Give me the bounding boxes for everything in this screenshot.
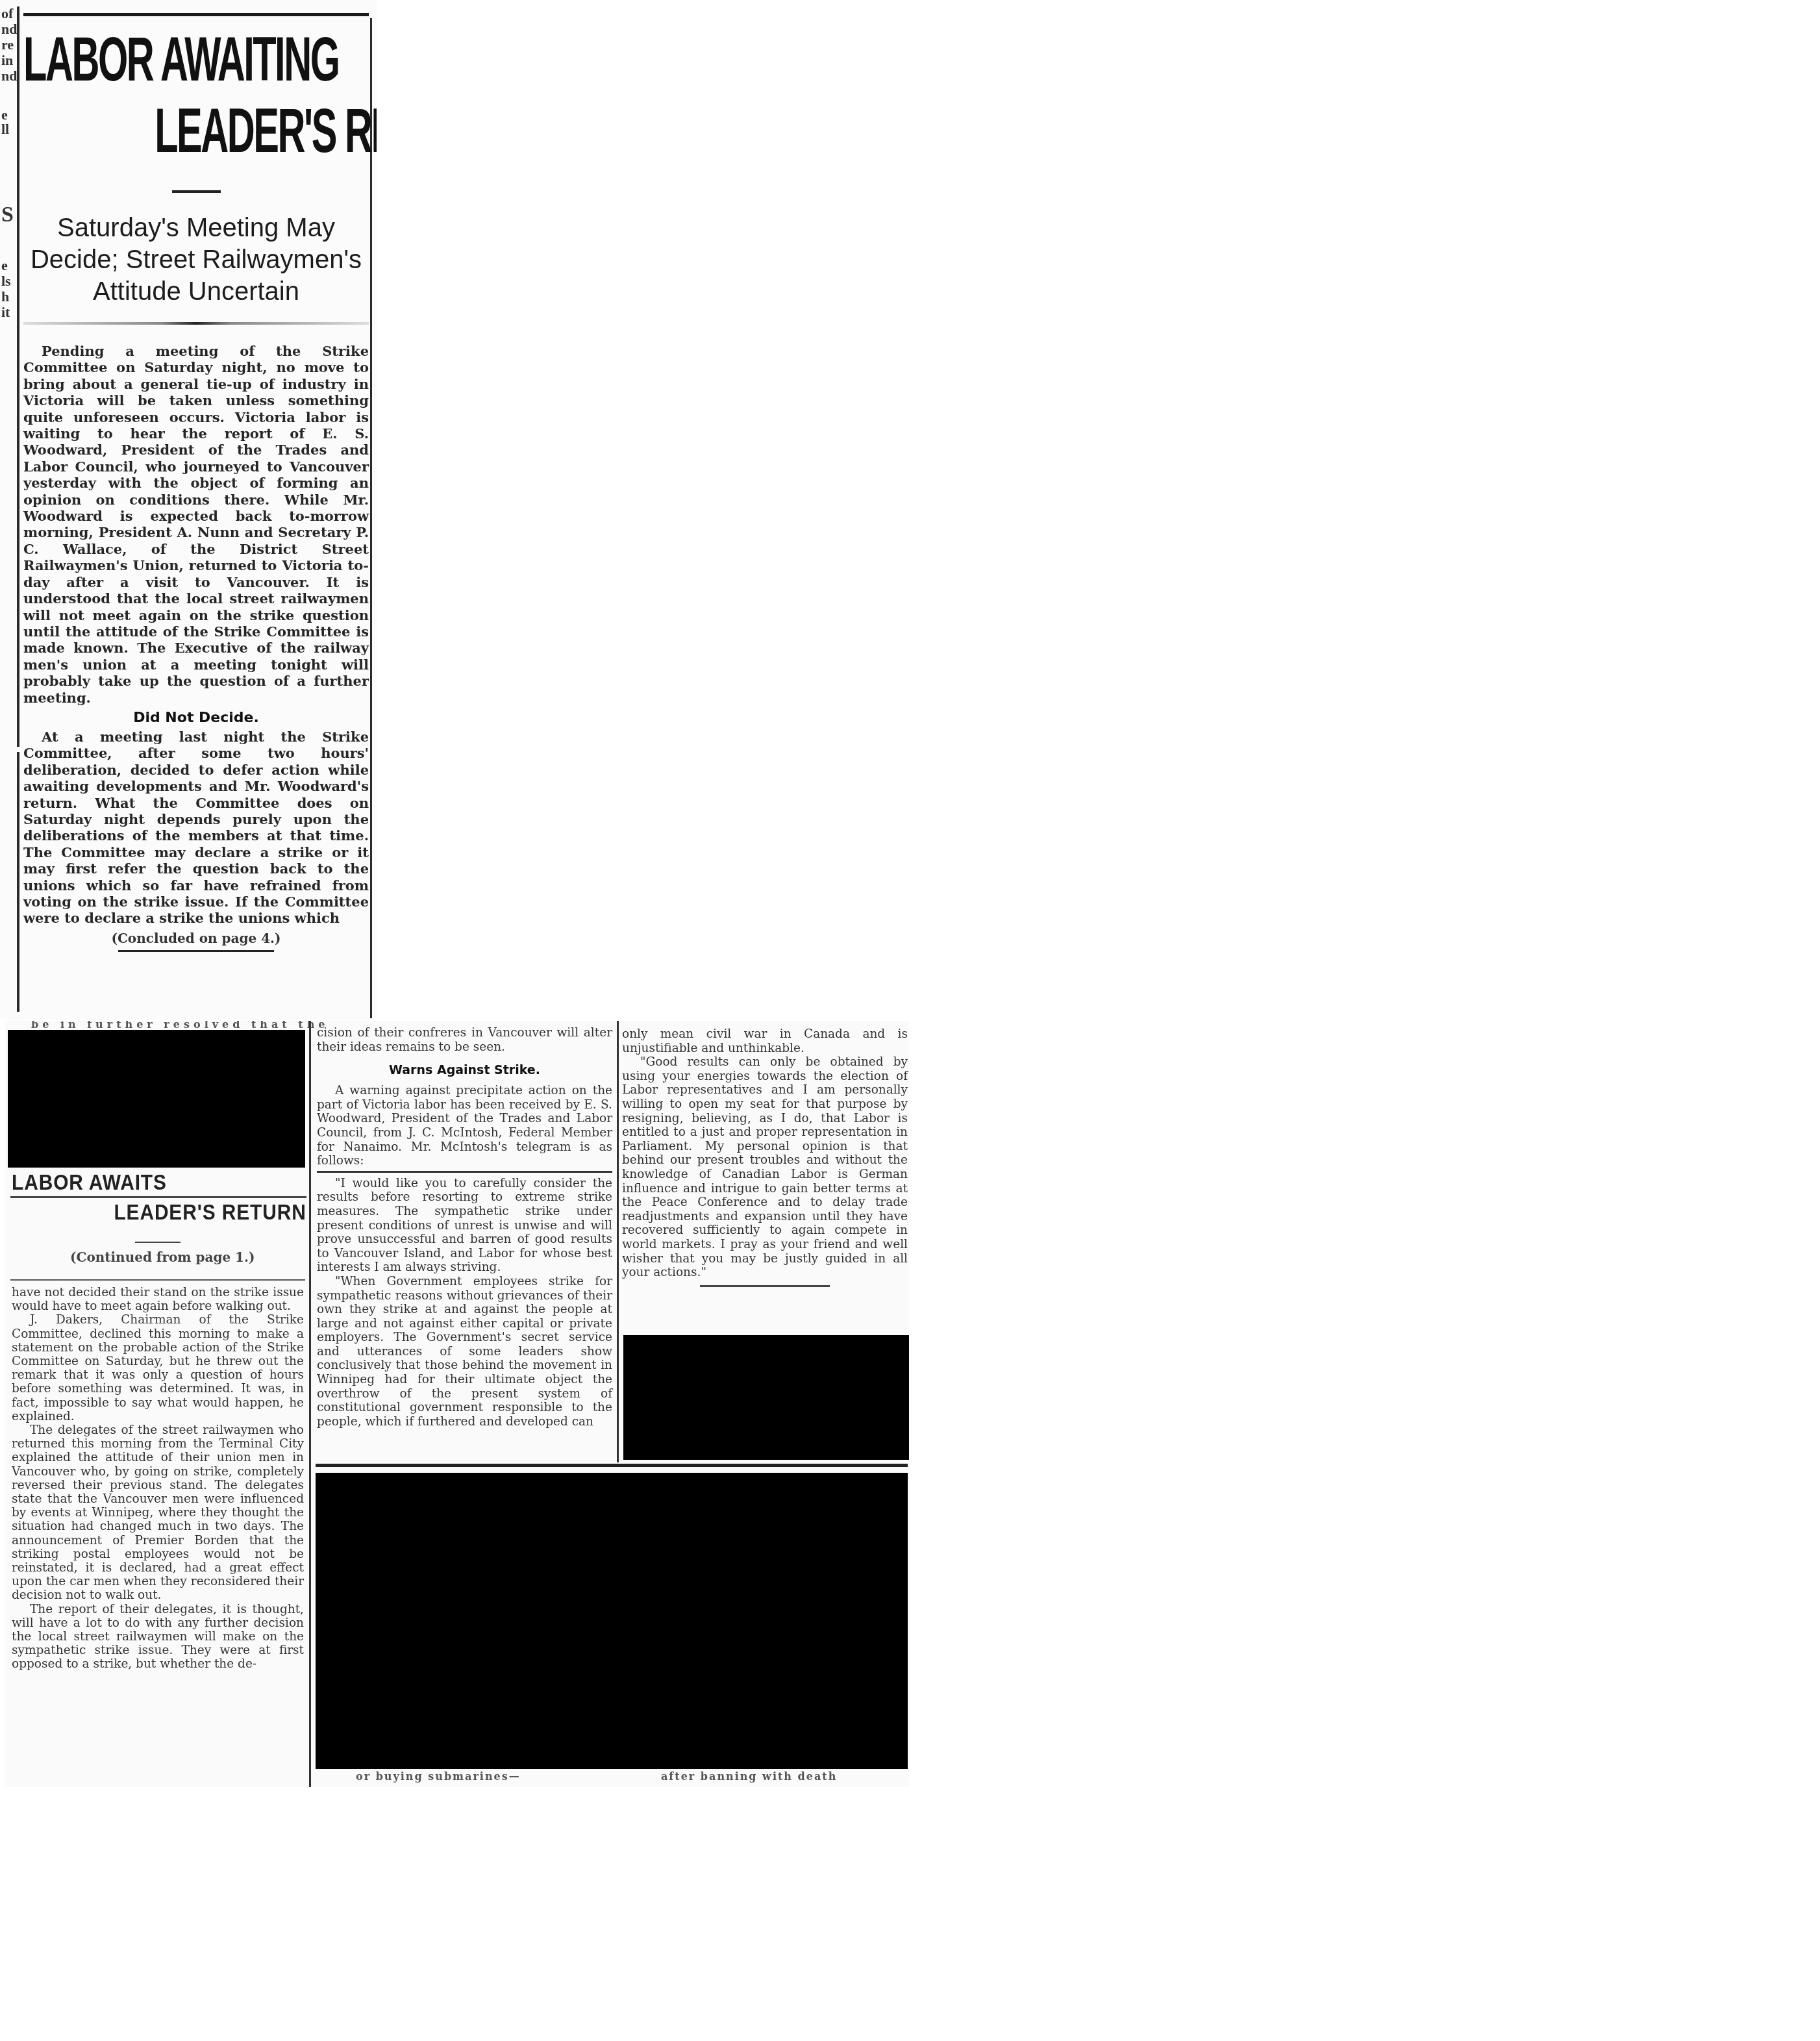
edge-fragment: of bbox=[1, 6, 13, 21]
front-page-clipping: of nd re in nd e ll S e ls h it LABOR AW… bbox=[0, 0, 377, 1020]
front-article: LABOR AWAITING LEADER'S RETURN Saturday'… bbox=[23, 6, 369, 952]
redaction-bottom-wide bbox=[316, 1473, 908, 1769]
column-rule bbox=[17, 6, 19, 747]
edge-fragment: nd bbox=[1, 69, 17, 83]
quote-paragraph: "I would like you to carefully consider … bbox=[317, 1177, 612, 1275]
headline-divider bbox=[172, 190, 221, 193]
article-paragraph: J. Dakers, Chairman of the Strike Commit… bbox=[12, 1313, 304, 1423]
continuation-headline-line-1: LABOR AWAITS bbox=[12, 1170, 167, 1196]
cut-off-bottom-line-right: after banning with death bbox=[661, 1770, 837, 1783]
article-end-rule bbox=[700, 1285, 830, 1287]
continuation-column-3: only mean civil war in Canada and is unj… bbox=[622, 1027, 908, 1287]
headline-line-1: LABOR AWAITING bbox=[23, 24, 238, 95]
quote-paragraph: only mean civil war in Canada and is unj… bbox=[622, 1027, 908, 1055]
continuation-column-2: cision of their confreres in Vancouver w… bbox=[317, 1026, 612, 1429]
article-body-continued: At a meeting last night the Strike Commi… bbox=[23, 729, 369, 927]
column-rule bbox=[17, 752, 19, 1012]
subhead-warns-against-strike: Warns Against Strike. bbox=[317, 1063, 612, 1077]
jump-line: (Concluded on page 4.) bbox=[23, 931, 369, 946]
cut-off-top-line: be in further resolved that the bbox=[31, 1021, 329, 1031]
headline-line-2: LEADER'S RETURN bbox=[155, 95, 369, 173]
article-paragraph: At a meeting last night the Strike Commi… bbox=[23, 729, 369, 927]
column-2-body: cision of their confreres in Vancouver w… bbox=[317, 1026, 612, 1054]
column-3-body: only mean civil war in Canada and is unj… bbox=[622, 1027, 908, 1280]
deck-divider bbox=[23, 322, 369, 325]
continued-from-rule bbox=[10, 1279, 305, 1281]
article-paragraph: cision of their confreres in Vancouver w… bbox=[317, 1026, 612, 1054]
edge-fragment: ls bbox=[1, 274, 11, 288]
redaction-left-top bbox=[8, 1030, 305, 1168]
column-rule bbox=[617, 1021, 619, 1462]
edge-fragment: ll bbox=[1, 122, 9, 136]
redaction-right-mid bbox=[623, 1335, 909, 1460]
article-paragraph: The report of their delegates, it is tho… bbox=[12, 1603, 304, 1672]
cut-off-bottom-line-left: or buying submarines— bbox=[356, 1770, 521, 1783]
subhead-did-not-decide: Did Not Decide. bbox=[23, 710, 369, 726]
continuation-headline-line-2: LEADER'S RETURN bbox=[114, 1200, 306, 1225]
article-paragraph: have not decided their stand on the stri… bbox=[12, 1286, 304, 1313]
quote-divider bbox=[317, 1171, 612, 1173]
edge-fragment: it bbox=[1, 305, 10, 319]
edge-fragment: re bbox=[1, 38, 14, 52]
continuation-column-1: have not decided their stand on the stri… bbox=[12, 1286, 304, 1672]
edge-fragment: e bbox=[1, 258, 8, 273]
article-paragraph: A warning against precipitate action on … bbox=[317, 1084, 612, 1168]
quote-paragraph: "Good results can only be obtained by us… bbox=[622, 1055, 908, 1280]
article-deck: Saturday's Meeting May Decide; Street Ra… bbox=[23, 212, 369, 308]
article-paragraph: The delegates of the street railwaymen w… bbox=[12, 1423, 304, 1603]
continuation-clipping: be in further resolved that the LABOR AW… bbox=[5, 1021, 909, 1787]
edge-fragment: nd bbox=[1, 22, 17, 36]
edge-fragment: S bbox=[1, 204, 14, 226]
edge-fragment: in bbox=[1, 53, 13, 68]
edge-fragment: e bbox=[1, 108, 8, 122]
masthead-rule bbox=[23, 13, 369, 16]
column-2-intro: A warning against precipitate action on … bbox=[317, 1084, 612, 1168]
quote-paragraph: "When Government employees strike for sy… bbox=[317, 1275, 612, 1429]
article-body: Pending a meeting of the Strike Committe… bbox=[23, 343, 369, 706]
continuation-divider bbox=[135, 1242, 181, 1243]
section-rule bbox=[316, 1464, 908, 1467]
column-rule bbox=[309, 1021, 311, 1787]
column-rule-right bbox=[370, 18, 372, 1018]
column-1-body: have not decided their stand on the stri… bbox=[12, 1286, 304, 1672]
article-end-rule bbox=[118, 950, 274, 952]
telegram-quote: "I would like you to carefully consider … bbox=[317, 1177, 612, 1429]
article-paragraph: Pending a meeting of the Strike Committe… bbox=[23, 343, 369, 706]
continuation-headline-rule bbox=[10, 1196, 306, 1198]
continued-from-line: (Continued from page 1.) bbox=[70, 1249, 255, 1265]
edge-fragment: h bbox=[1, 290, 9, 304]
